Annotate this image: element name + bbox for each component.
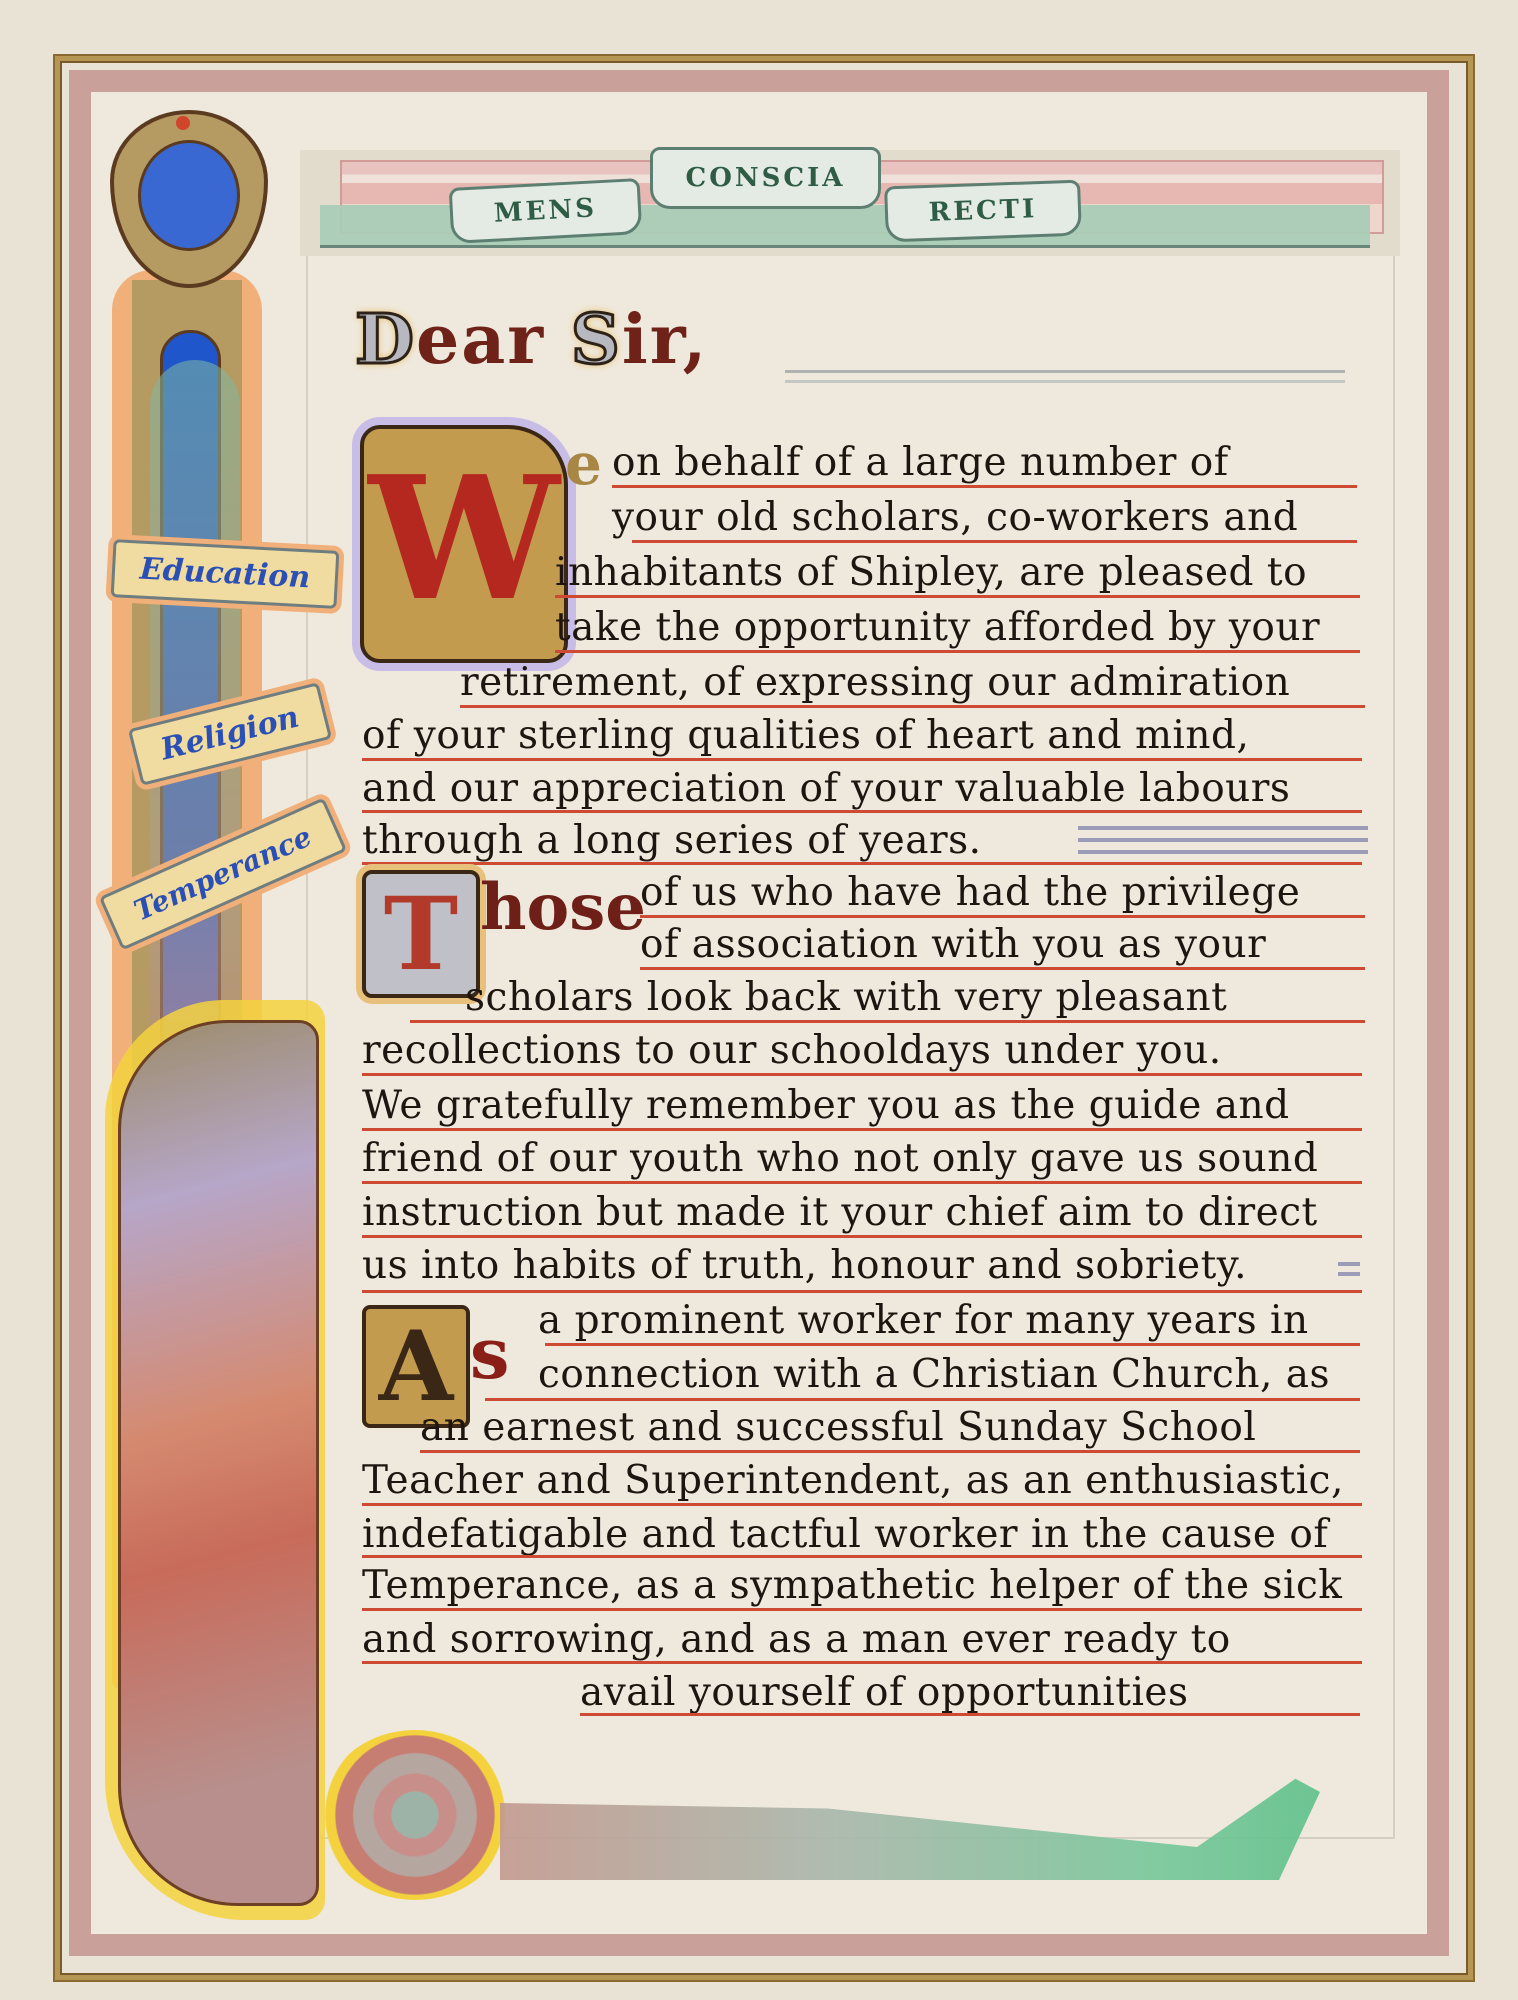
text-line: of us who have had the privilege [640,870,1300,915]
text-line: scholars look back with very pleasant [465,975,1227,1020]
red-rule [410,1020,1365,1023]
spiral-scroll-ornament [320,1730,510,1900]
illuminated-initial-w: W [360,425,568,663]
text-line: of your sterling qualities of heart and … [362,713,1249,758]
red-rule [460,705,1365,708]
text-line: avail yourself of opportunities [580,1670,1189,1715]
red-rule [362,1181,1362,1184]
text-line: an earnest and successful Sunday School [420,1405,1256,1450]
pencil-flourish-lines [785,370,1345,373]
red-rule [362,1608,1362,1611]
red-rule [545,1343,1360,1346]
red-rule [362,1073,1362,1076]
red-rule [362,1235,1362,1238]
red-rule [362,1128,1362,1131]
text-line: and our appreciation of your valuable la… [362,766,1290,811]
line-filler-bar [1078,826,1368,830]
salutation-text-1: ear [416,300,571,380]
text-line: inhabitants of Shipley, are pleased to [555,550,1307,595]
text-line: us into habits of truth, honour and sobr… [362,1243,1247,1288]
finial-blue-inset [138,140,240,251]
red-rule [362,758,1362,761]
red-rule [640,967,1365,970]
line-filler-bar [1338,1272,1360,1276]
text-line: connection with a Christian Church, as [538,1352,1330,1397]
salutation-cap-d: D [355,300,416,380]
illuminated-initial-t: T [362,870,480,998]
red-rule [362,1661,1362,1664]
initial-tail-hose: hose [480,870,646,945]
red-rule [362,810,1362,813]
red-rule [555,595,1360,598]
red-rule [640,915,1365,918]
text-line: friend of our youth who not only gave us… [362,1136,1318,1181]
red-rule [485,1398,1360,1401]
red-rule [612,485,1357,488]
salutation-cap-s: S [571,300,622,380]
text-line: instruction but made it your chief aim t… [362,1190,1318,1235]
text-line: retirement, of expressing our admiration [460,660,1290,705]
red-rule [632,540,1357,543]
motto-scroll-recti: RECTI [884,180,1082,243]
initial-tail-e: e [565,430,602,498]
line-filler-bar [1078,850,1368,854]
text-line: take the opportunity afforded by your [555,605,1320,650]
red-rule [362,1290,1362,1293]
motto-scroll-mens: MENS [449,178,643,244]
line-filler-bar [1338,1262,1360,1266]
text-line: on behalf of a large number of [612,440,1229,485]
text-line: Temperance, as a sympathetic helper of t… [362,1563,1342,1608]
salutation-text-2: ir, [622,300,708,380]
initial-tail-s: s [470,1312,509,1395]
text-line: indefatigable and tactful worker in the … [362,1512,1328,1557]
finial-red-jewel [176,116,190,130]
text-line: a prominent worker for many years in [538,1298,1309,1343]
red-rule [420,1450,1360,1453]
text-line: and sorrowing, and as a man ever ready t… [362,1617,1231,1662]
motto-scroll-conscia: CONSCIA [650,147,881,209]
text-line: through a long series of years. [362,818,982,863]
text-line: Teacher and Superintendent, as an enthus… [362,1458,1344,1503]
ribbon-education: Education [111,539,340,609]
red-rule [362,862,1362,865]
red-rule [362,1555,1362,1558]
acanthus-leaf-ornament [118,1020,319,1906]
line-filler-bar [1078,838,1368,842]
red-rule [555,650,1360,653]
text-line: We gratefully remember you as the guide … [362,1083,1290,1128]
text-line: recollections to our schooldays under yo… [362,1028,1222,1073]
red-rule [362,1503,1362,1506]
text-line: of association with you as your [640,922,1266,967]
red-rule [580,1713,1360,1716]
salutation-heading: Dear Sir, [355,300,708,380]
text-line: your old scholars, co-workers and [612,495,1298,540]
